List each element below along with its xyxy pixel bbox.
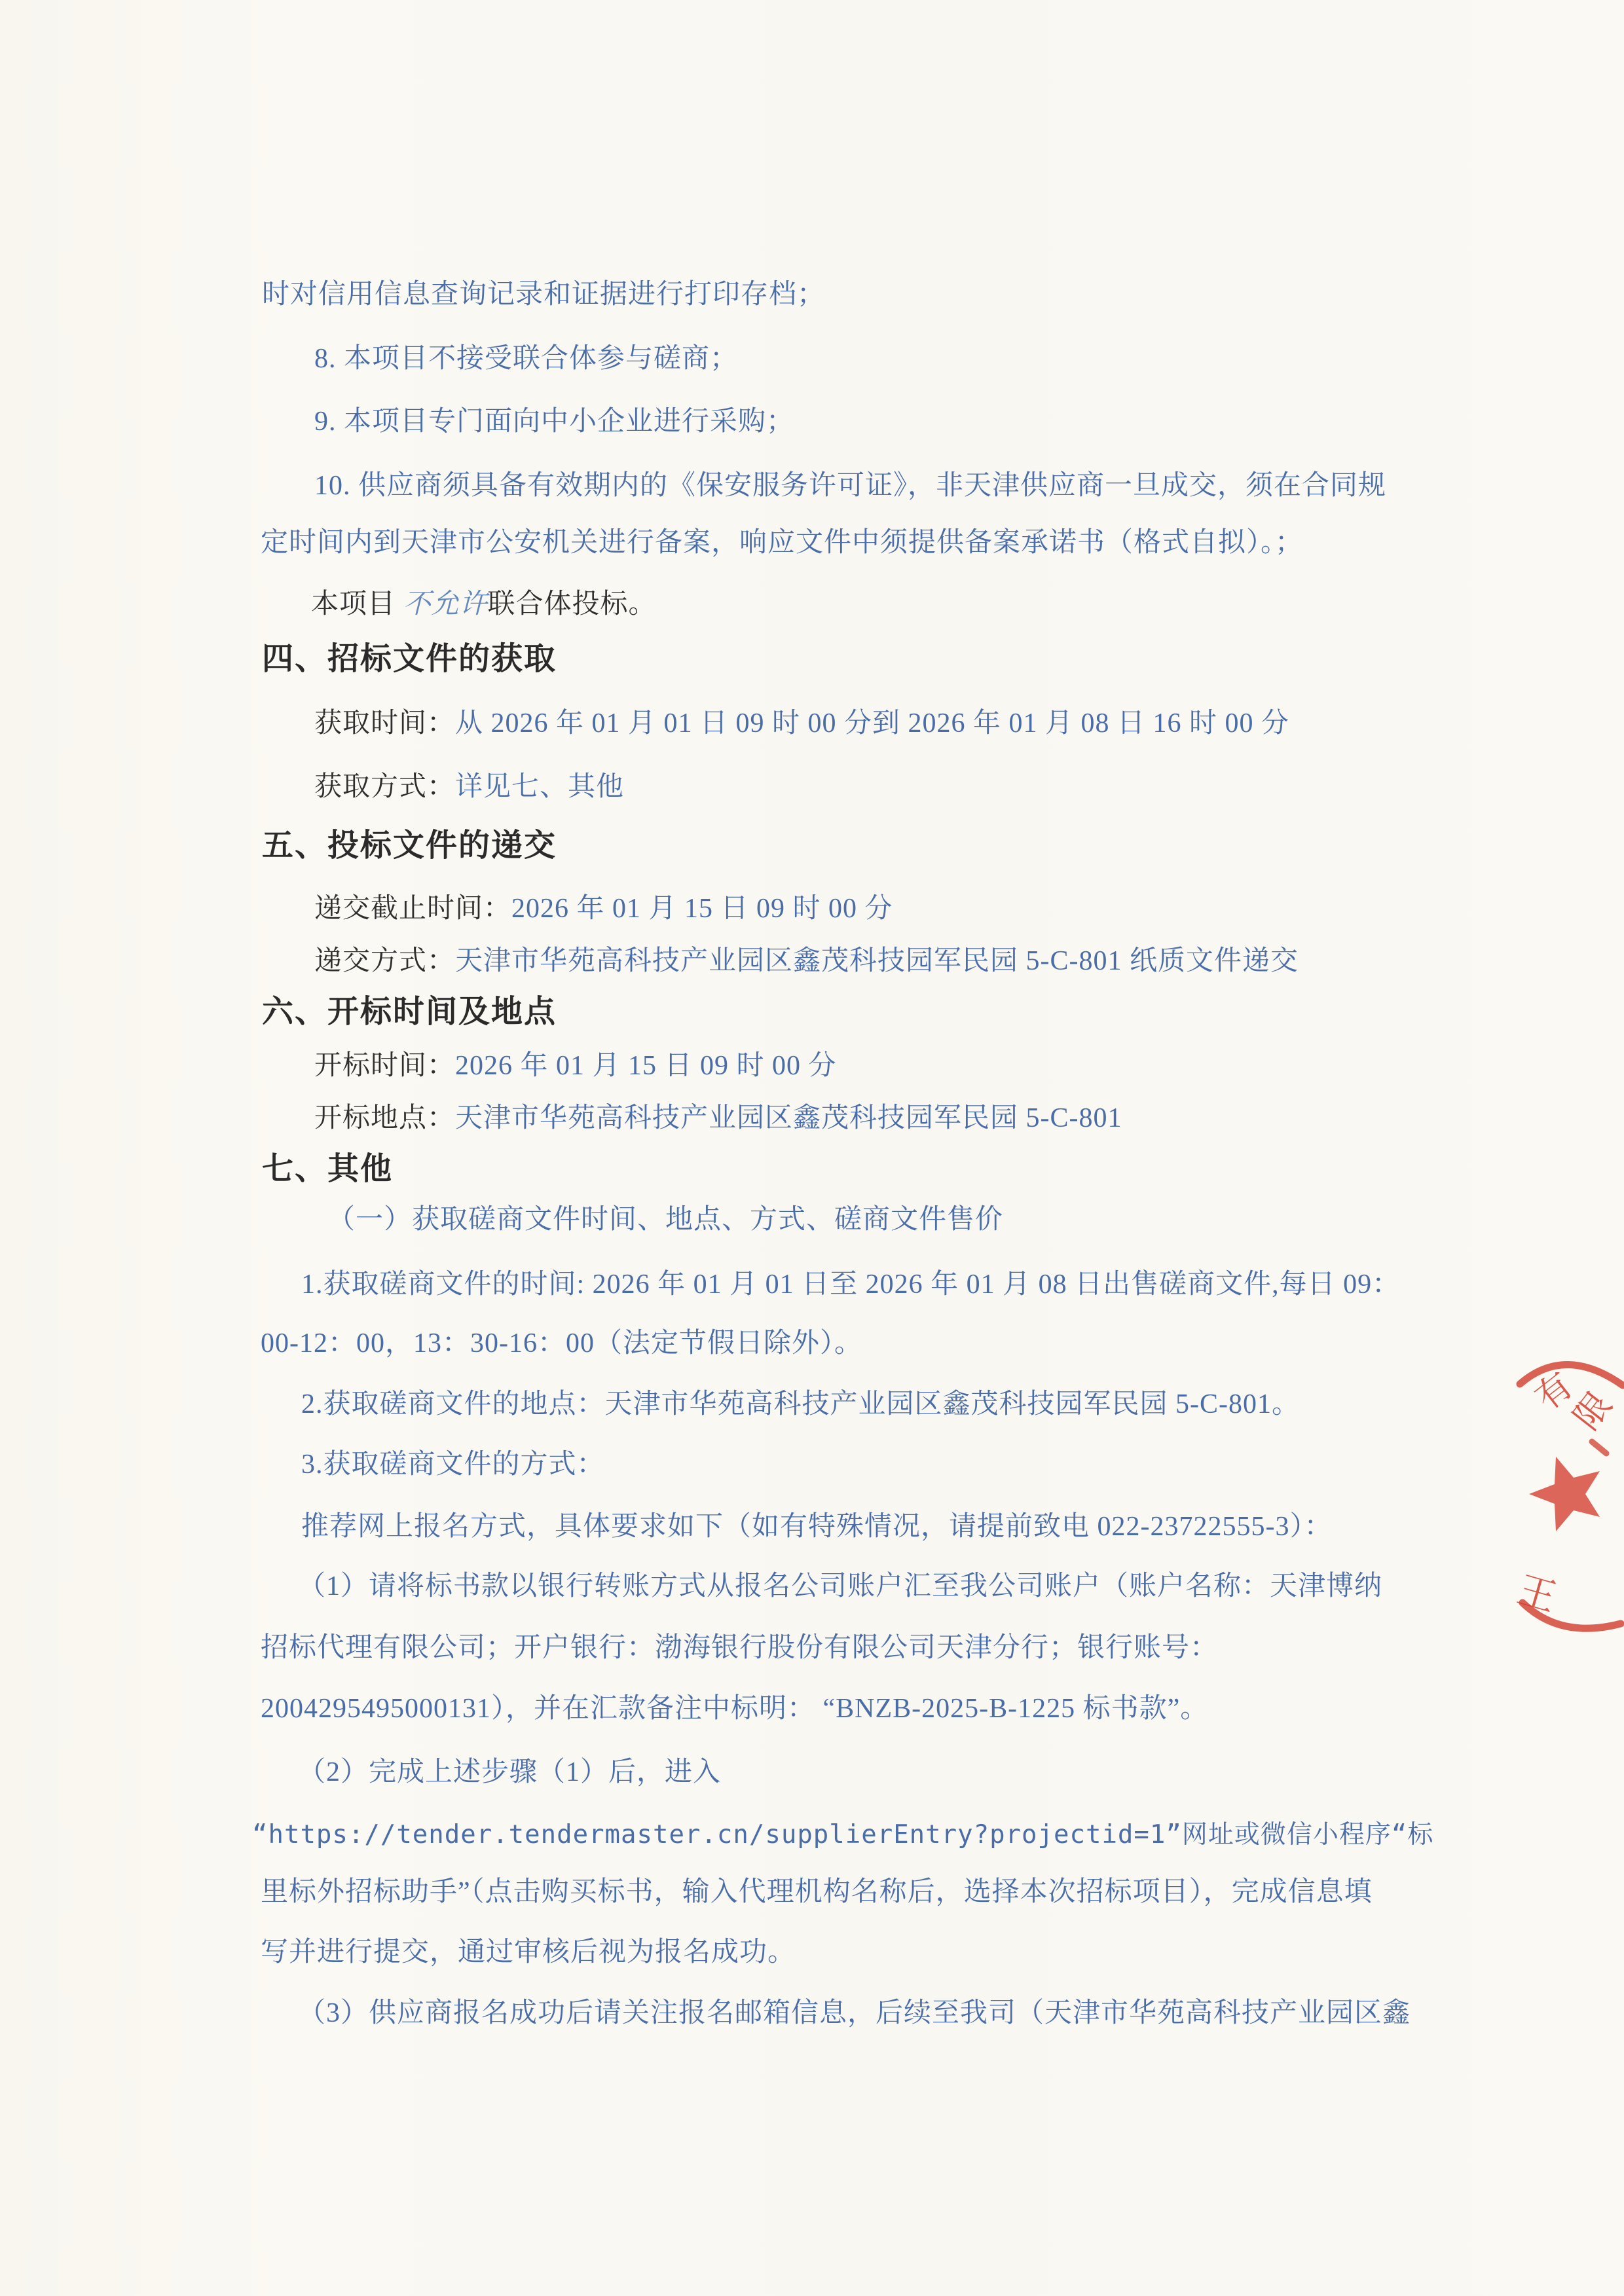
- section7-step2-line4: 写并进行提交，通过审核后视为报名成功。: [261, 1933, 796, 1972]
- section4-time-value: 从 2026 年 01 月 01 日 09 时 00 分到 2026 年 01 …: [455, 708, 1289, 738]
- section6-place-value: 天津市华苑高科技产业园区鑫茂科技园军民园 5-C-801: [455, 1103, 1122, 1133]
- section6-heading: 六、开标时间及地点: [262, 992, 557, 1032]
- section4-method-label: 获取方式：: [314, 772, 455, 802]
- section4-time-label: 获取时间：: [314, 708, 455, 738]
- company-seal-stamp: 有 限 王: [1516, 1343, 1624, 1635]
- section5-method-label: 递交方式：: [314, 946, 455, 976]
- section5-deadline-label: 递交截止时间：: [314, 894, 511, 924]
- section7-step3-line1: （3）供应商报名成功后请关注报名邮箱信息，后续至我司（天津市华苑高科技产业园区鑫: [298, 1994, 1411, 2033]
- section7-step2-url-line: “https://tender.tendermaster.cn/supplier…: [252, 1815, 1433, 1855]
- section7-heading: 七、其他: [262, 1149, 393, 1190]
- list-item-9: 9. 本项目专门面向中小企业进行采购；: [314, 402, 794, 441]
- section6-place-line: 开标地点：天津市华苑高科技产业园区鑫茂科技园军民园 5-C-801: [314, 1099, 1122, 1138]
- section6-place-label: 开标地点：: [314, 1103, 455, 1133]
- section7-step2-line3: 里标外招标助手”（点击购买标书，输入代理机构名称后，选择本次招标项目），完成信息…: [261, 1872, 1373, 1912]
- paragraph-credit-archive: 时对信用信息查询记录和证据进行打印存档；: [262, 275, 825, 314]
- section7-time-line1: 1.获取磋商文件的时间: 2026 年 01 月 01 日至 2026 年 01…: [301, 1265, 1400, 1304]
- section7-step1-line2: 招标代理有限公司；开户银行：渤海银行股份有限公司天津分行；银行账号：: [261, 1628, 1218, 1667]
- document-page: 时对信用信息查询记录和证据进行打印存档； 8. 本项目不接受联合体参与磋商； 9…: [0, 0, 1624, 2296]
- section7-recommend-line: 推荐网上报名方式，具体要求如下（如有特殊情况，请提前致电 022-2372255…: [301, 1507, 1332, 1546]
- no-joint-emphasis: 不允许: [403, 589, 488, 619]
- section7-step1-line3: 2004295495000131），并在汇款备注中标明： “BNZB-2025-…: [261, 1689, 1208, 1728]
- seal-char-wang: 王: [1516, 1568, 1561, 1619]
- section7-place-line: 2.获取磋商文件的地点：天津市华苑高科技产业园区鑫茂科技园军民园 5-C-801…: [301, 1385, 1300, 1424]
- seal-bottom-arc: [1522, 1603, 1621, 1628]
- section4-time-line: 获取时间：从 2026 年 01 月 01 日 09 时 00 分到 2026 …: [314, 704, 1289, 743]
- section5-deadline-line: 递交截止时间：2026 年 01 月 15 日 09 时 00 分: [314, 889, 893, 928]
- list-item-10-line1: 10. 供应商须具备有效期内的《保安服务许可证》，非天津供应商一旦成交，须在合同…: [314, 466, 1386, 505]
- seal-top-arc: [1520, 1364, 1623, 1385]
- seal-char-you: 有: [1528, 1365, 1579, 1418]
- section7-step2-line1: （2）完成上述步骤（1）后，进入: [298, 1753, 721, 1792]
- seal-char-xian: 限: [1566, 1385, 1619, 1436]
- section5-method-value: 天津市华苑高科技产业园区鑫茂科技园军民园 5-C-801 纸质文件递交: [455, 946, 1299, 976]
- section5-heading: 五、投标文件的递交: [262, 826, 557, 866]
- section5-deadline-value: 2026 年 01 月 15 日 09 时 00 分: [511, 894, 893, 924]
- no-joint-prefix: 本项目: [311, 589, 403, 619]
- section4-method-value: 详见七、其他: [455, 772, 624, 802]
- section7-time-line2: 00-12：00，13：30-16：00（法定节假日除外）。: [261, 1324, 862, 1363]
- section6-time-value: 2026 年 01 月 15 日 09 时 00 分: [455, 1051, 837, 1081]
- list-item-10-line2: 定时间内到天津市公安机关进行备案，响应文件中须提供备案承诺书（格式自拟）。；: [261, 523, 1303, 562]
- list-item-8: 8. 本项目不接受联合体参与磋商；: [314, 339, 738, 378]
- section6-time-label: 开标时间：: [314, 1051, 455, 1081]
- no-joint-bid-line: 本项目 不允许联合体投标。: [311, 585, 657, 624]
- seal-graphic: 有 限 王: [1516, 1343, 1624, 1635]
- section4-heading: 四、招标文件的获取: [262, 639, 557, 680]
- section7-method-line: 3.获取磋商文件的方式：: [301, 1445, 605, 1484]
- section6-time-line: 开标时间：2026 年 01 月 15 日 09 时 00 分: [314, 1046, 837, 1085]
- section4-method-line: 获取方式：详见七、其他: [314, 767, 624, 807]
- section5-method-line: 递交方式：天津市华苑高科技产业园区鑫茂科技园军民园 5-C-801 纸质文件递交: [314, 941, 1299, 981]
- section7-sub1-title: （一）获取磋商文件时间、地点、方式、磋商文件售价: [327, 1200, 1003, 1239]
- seal-stroke-fragment: [1592, 1442, 1606, 1453]
- star-icon: [1529, 1457, 1600, 1531]
- no-joint-suffix: 联合体投标。: [488, 589, 657, 619]
- section7-step1-line1: （1）请将标书款以银行转账方式从报名公司账户汇至我公司账户（账户名称：天津博纳: [298, 1567, 1382, 1606]
